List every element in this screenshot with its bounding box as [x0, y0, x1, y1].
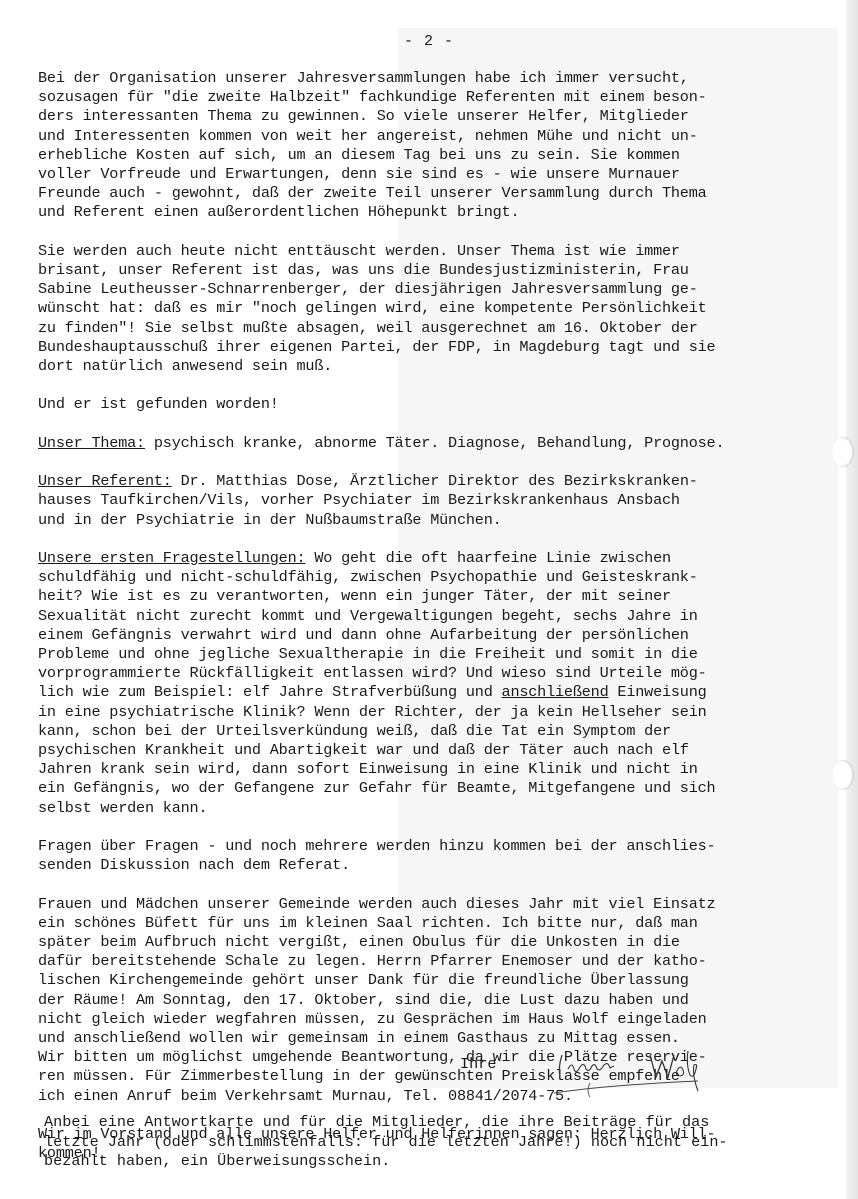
letter-body: Bei der Organisation unserer Jahresversa…	[38, 69, 838, 1183]
speaker-label: Unser Referent:	[38, 472, 172, 490]
handwritten-signature: Birgitta Wolf	[548, 1047, 718, 1099]
questions-emphasis: anschließend	[502, 683, 609, 701]
paragraph-intro: Bei der Organisation unserer Jahresversa…	[38, 69, 838, 223]
topic-label: Unser Thema:	[38, 434, 145, 452]
closing-salutation: Ihre	[460, 1055, 496, 1073]
page-edge-shadow	[846, 0, 858, 1199]
paragraph-not-disappointed: Sie werden auch heute nicht enttäuscht w…	[38, 242, 838, 376]
questions-text-before: Wo geht die oft haarfeine Linie zwischen…	[38, 549, 707, 701]
paragraph-discussion: Fragen über Fragen - und noch mehrere we…	[38, 837, 838, 875]
paragraph-found: Und er ist gefunden worden!	[38, 395, 838, 414]
questions-label: Unsere ersten Fragestellungen:	[38, 549, 305, 567]
speaker-paragraph: Unser Referent: Dr. Matthias Dose, Ärztl…	[38, 472, 838, 530]
questions-paragraph: Unsere ersten Fragestellungen: Wo geht d…	[38, 549, 838, 818]
paragraph-buffet: Frauen und Mädchen unserer Gemeinde werd…	[38, 895, 838, 1106]
questions-text-after: Einweisung in eine psychiatrische Klinik…	[38, 683, 715, 816]
page-number: - 2 -	[0, 33, 858, 50]
attachment-note: Anbei eine Antwortkarte und für die Mitg…	[44, 1113, 834, 1172]
topic-text: psychisch kranke, abnorme Täter. Diagnos…	[145, 434, 724, 452]
topic-paragraph: Unser Thema: psychisch kranke, abnorme T…	[38, 434, 838, 453]
letter-page: - 2 - Bei der Organisation unserer Jahre…	[0, 0, 858, 1199]
